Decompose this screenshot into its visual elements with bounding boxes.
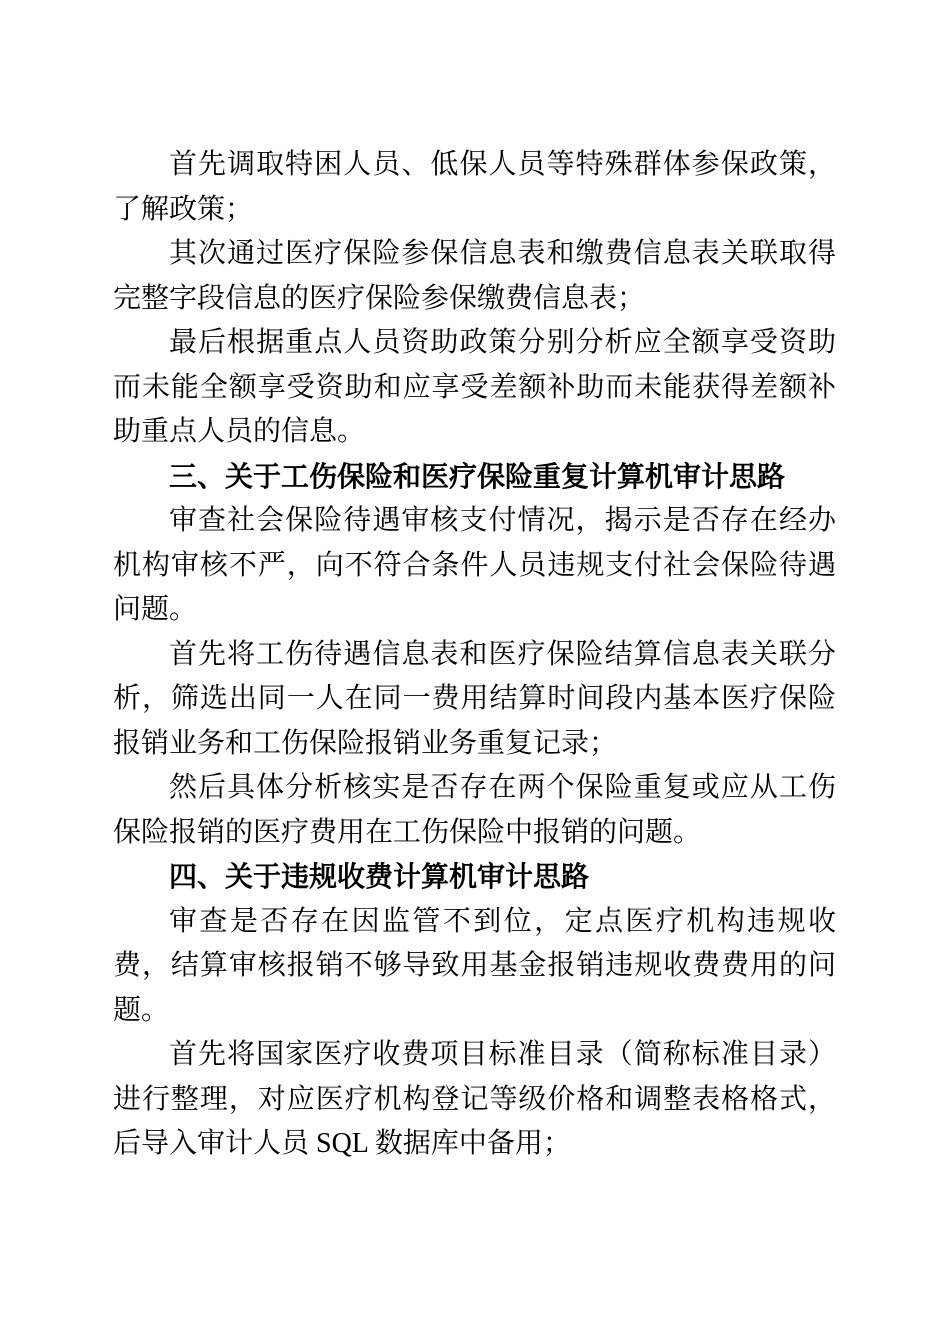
body-paragraph: 首先将工伤待遇信息表和医疗保险结算信息表关联分析，筛选出同一人在同一费用结算时间… <box>113 633 836 767</box>
document-page: 首先调取特困人员、低保人员等特殊群体参保政策，了解政策； 其次通过医疗保险参保信… <box>0 0 950 1344</box>
body-paragraph: 审查是否存在因监管不到位，定点医疗机构违规收费，结算审核报销不够导致用基金报销违… <box>113 900 836 1034</box>
body-paragraph: 最后根据重点人员资助政策分别分析应全额享受资助而未能全额享受资助和应享受差额补助… <box>113 321 836 455</box>
body-paragraph: 首先将国家医疗收费项目标准目录（简称标准目录）进行整理，对应医疗机构登记等级价格… <box>113 1033 836 1167</box>
body-paragraph: 审查社会保险待遇审核支付情况，揭示是否存在经办机构审核不严，向不符合条件人员违规… <box>113 499 836 633</box>
body-paragraph: 首先调取特困人员、低保人员等特殊群体参保政策，了解政策； <box>113 143 836 232</box>
body-paragraph: 其次通过医疗保险参保信息表和缴费信息表关联取得完整字段信息的医疗保险参保缴费信息… <box>113 232 836 321</box>
section-heading-four: 四、关于违规收费计算机审计思路 <box>113 855 836 900</box>
section-heading-three: 三、关于工伤保险和医疗保险重复计算机审计思路 <box>113 455 836 500</box>
body-paragraph: 然后具体分析核实是否存在两个保险重复或应从工伤保险报销的医疗费用在工伤保险中报销… <box>113 766 836 855</box>
document-text-block: 首先调取特困人员、低保人员等特殊群体参保政策，了解政策； 其次通过医疗保险参保信… <box>113 143 836 1167</box>
